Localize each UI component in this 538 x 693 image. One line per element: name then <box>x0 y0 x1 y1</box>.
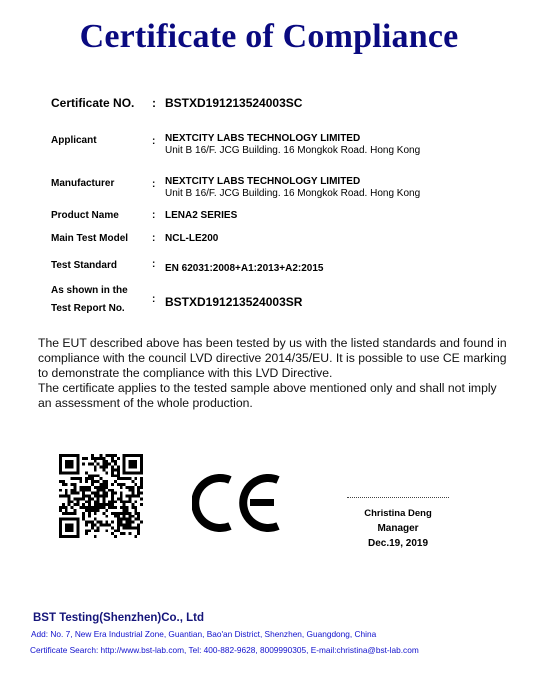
colon: : <box>152 233 155 244</box>
main-test-model-label: Main Test Model <box>51 233 128 244</box>
applicant-name: NEXTCITY LABS TECHNOLOGY LIMITED <box>165 133 360 144</box>
applicant-value: NEXTCITY LABS TECHNOLOGY LIMITED Unit B … <box>165 133 420 156</box>
applicant-label: Applicant <box>51 135 97 146</box>
product-name-label: Product Name <box>51 210 119 221</box>
certificate-number-value: BSTXD191213524003SC <box>165 96 302 110</box>
company-address: Add: No. 7, New Era Industrial Zone, Gua… <box>31 629 376 639</box>
signatory-role: Manager <box>347 521 449 536</box>
signature-date: Dec.19, 2019 <box>347 536 449 551</box>
ce-mark-icon <box>192 472 282 534</box>
manufacturer-label: Manufacturer <box>51 178 114 189</box>
signature-line <box>347 497 449 498</box>
signature-block: Christina Deng Manager Dec.19, 2019 <box>347 497 449 551</box>
company-name: BST Testing(Shenzhen)Co., Ltd <box>33 612 204 624</box>
colon: : <box>152 96 156 110</box>
colon: : <box>152 136 155 147</box>
signatory-name: Christina Deng <box>347 506 449 521</box>
test-report-label-line1: As shown in the <box>51 285 128 296</box>
colon: : <box>152 210 155 221</box>
certificate-title: Certificate of Compliance <box>0 18 538 56</box>
colon: : <box>152 259 155 270</box>
certificate-number-label: Certificate NO. <box>51 96 134 110</box>
main-test-model-value: NCL-LE200 <box>165 233 218 244</box>
test-report-label-line2: Test Report No. <box>51 303 125 314</box>
test-standard-label: Test Standard <box>51 260 117 271</box>
statement-paragraph-2: The certificate applies to the tested sa… <box>38 381 508 411</box>
applicant-address: Unit B 16/F. JCG Building. 16 Mongkok Ro… <box>165 145 420 156</box>
qr-code-icon <box>59 454 143 538</box>
statement-paragraph-1: The EUT described above has been tested … <box>38 336 508 381</box>
manufacturer-address: Unit B 16/F. JCG Building. 16 Mongkok Ro… <box>165 188 420 199</box>
compliance-statement: The EUT described above has been tested … <box>38 336 508 411</box>
manufacturer-value: NEXTCITY LABS TECHNOLOGY LIMITED Unit B … <box>165 176 420 199</box>
colon: : <box>152 179 155 190</box>
certificate-search-info: Certificate Search: http://www.bst-lab.c… <box>30 645 419 655</box>
product-name-value: LENA2 SERIES <box>165 210 237 221</box>
manufacturer-name: NEXTCITY LABS TECHNOLOGY LIMITED <box>165 176 360 187</box>
test-standard-value: EN 62031:2008+A1:2013+A2:2015 <box>165 263 323 274</box>
test-report-value: BSTXD191213524003SR <box>165 295 302 309</box>
colon: : <box>152 294 155 305</box>
